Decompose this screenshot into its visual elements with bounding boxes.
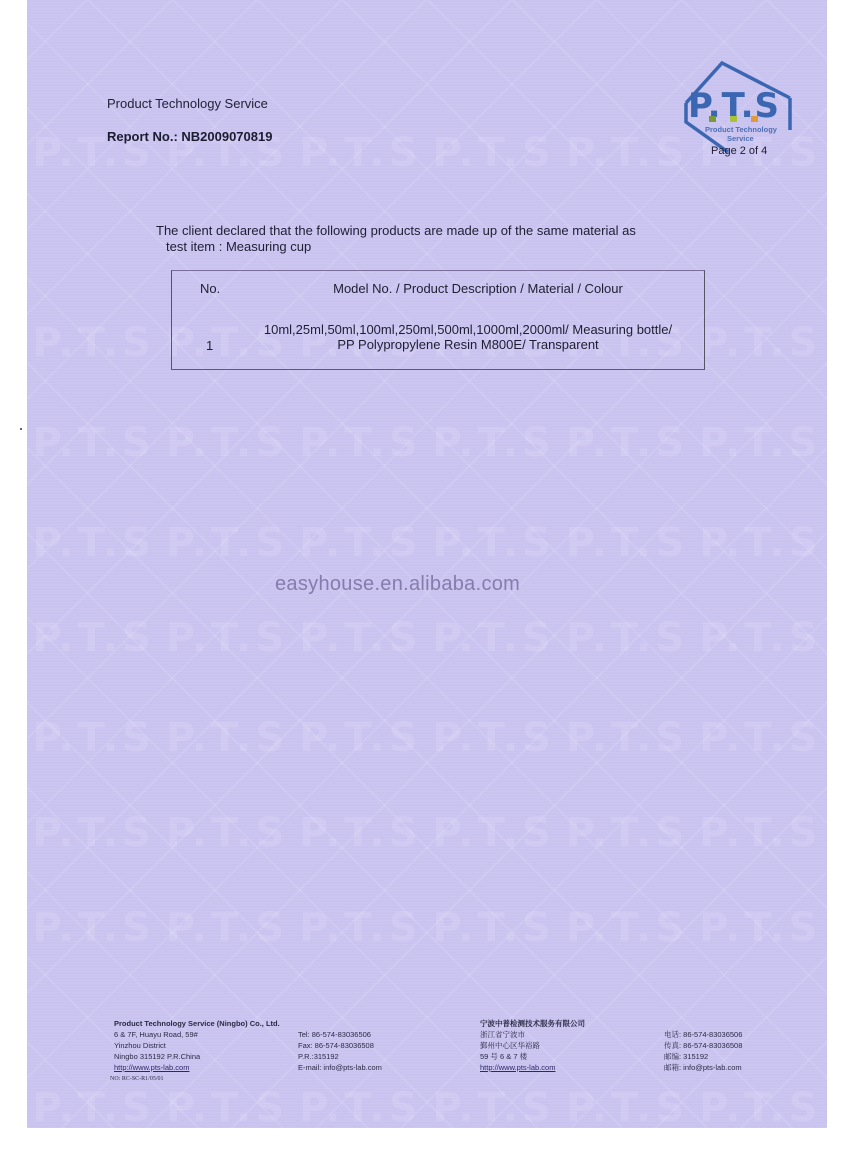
bg-mark: P.T.S	[699, 810, 821, 856]
bg-mark: P.T.S	[699, 905, 821, 951]
footer-en-contact: Tel: 86-574-83036506 Fax: 86-574-8303650…	[298, 1029, 382, 1073]
bg-mark: P.T.S	[699, 1085, 821, 1131]
footer-fax-cn: 传真: 86-574-83036508	[664, 1040, 742, 1051]
bg-mark: P.T.S	[432, 130, 554, 176]
footer-tel-cn: 电话: 86-574-83036506	[664, 1029, 742, 1040]
footer-tel: Tel: 86-574-83036506	[298, 1029, 382, 1040]
background-watermark-row: P.T.SP.T.SP.T.SP.T.SP.T.SP.T.S	[27, 615, 827, 661]
report-number: Report No.: NB2009070819	[107, 129, 272, 144]
bg-mark: P.T.S	[32, 320, 154, 366]
bg-mark: P.T.S	[166, 905, 288, 951]
background-watermark-row: P.T.SP.T.SP.T.SP.T.SP.T.SP.T.S	[27, 420, 827, 466]
bg-mark: P.T.S	[299, 905, 421, 951]
bg-mark: P.T.S	[166, 615, 288, 661]
logo-dot-orange	[751, 116, 758, 122]
bg-mark: P.T.S	[432, 615, 554, 661]
background-watermark-row: P.T.SP.T.SP.T.SP.T.SP.T.SP.T.S	[27, 1085, 827, 1131]
bg-mark: P.T.S	[166, 715, 288, 761]
footer-cn-contact: 电话: 86-574-83036506 传真: 86-574-83036508 …	[664, 1029, 742, 1073]
scan-speck	[20, 428, 22, 430]
bg-mark: P.T.S	[432, 715, 554, 761]
bg-mark: P.T.S	[432, 905, 554, 951]
bg-mark: P.T.S	[566, 130, 688, 176]
footer-address-cn: 59 号 6 & 7 楼	[480, 1051, 585, 1062]
footer-website-link-cn[interactable]: http://www.pts-lab.com	[480, 1062, 585, 1073]
bg-mark: P.T.S	[432, 810, 554, 856]
bg-mark: P.T.S	[566, 520, 688, 566]
column-header-description: Model No. / Product Description / Materi…	[172, 281, 784, 296]
bg-mark: P.T.S	[299, 420, 421, 466]
bg-mark: P.T.S	[299, 1085, 421, 1131]
bg-mark: P.T.S	[566, 715, 688, 761]
footer-email[interactable]: E-mail: info@pts-lab.com	[298, 1062, 382, 1073]
product-table: No. Model No. / Product Description / Ma…	[171, 270, 705, 370]
footer-cn-left: 宁波中普检测技术服务有限公司 浙江省宁波市 鄞州中心区华裕路 59 号 6 & …	[480, 1018, 585, 1073]
cell-description: PP Polypropylene Resin M800E/ Transparen…	[172, 337, 704, 352]
declaration-line: test item : Measuring cup	[166, 239, 311, 254]
bg-mark: P.T.S	[166, 420, 288, 466]
background-watermark-row: P.T.SP.T.SP.T.SP.T.SP.T.SP.T.S	[27, 810, 827, 856]
footer-address-cn: 鄞州中心区华裕路	[480, 1040, 585, 1051]
footer-postcode-cn: 邮编: 315192	[664, 1051, 742, 1062]
bg-mark: P.T.S	[299, 810, 421, 856]
bg-mark: P.T.S	[566, 420, 688, 466]
footer-company: Product Technology Service (Ningbo) Co.,…	[114, 1018, 280, 1029]
background-watermark-row: P.T.SP.T.SP.T.SP.T.SP.T.SP.T.S	[27, 905, 827, 951]
background-watermark-row: P.T.SP.T.SP.T.SP.T.SP.T.SP.T.S	[27, 715, 827, 761]
bg-mark: P.T.S	[166, 1085, 288, 1131]
bg-mark: P.T.S	[566, 810, 688, 856]
footer-address: Yinzhou District	[114, 1040, 280, 1051]
footer-address: 6 & 7F, Huayu Road, 59#	[114, 1029, 280, 1040]
bg-mark: P.T.S	[432, 520, 554, 566]
bg-mark: P.T.S	[32, 520, 154, 566]
cell-description: 10ml,25ml,50ml,100ml,250ml,500ml,1000ml,…	[172, 322, 704, 337]
bg-mark: P.T.S	[32, 1085, 154, 1131]
bg-mark: P.T.S	[299, 520, 421, 566]
bg-mark: P.T.S	[32, 420, 154, 466]
bg-mark: P.T.S	[432, 420, 554, 466]
bg-mark: P.T.S	[699, 320, 821, 366]
logo-dot-green	[709, 116, 716, 122]
pts-logo: P.T.S Product Technology Service	[680, 58, 800, 158]
document-page: P.T.SP.T.SP.T.SP.T.SP.T.SP.T.S P.T.SP.T.…	[27, 0, 827, 1128]
bg-mark: P.T.S	[299, 130, 421, 176]
bg-mark: P.T.S	[299, 715, 421, 761]
bg-mark: P.T.S	[32, 810, 154, 856]
bg-mark: P.T.S	[32, 715, 154, 761]
header-company-name: Product Technology Service	[107, 96, 268, 111]
bg-mark: P.T.S	[699, 420, 821, 466]
bg-mark: P.T.S	[566, 615, 688, 661]
bg-mark: P.T.S	[699, 715, 821, 761]
bg-mark: P.T.S	[566, 905, 688, 951]
bg-mark: P.T.S	[699, 615, 821, 661]
footer-company-cn: 宁波中普检测技术服务有限公司	[480, 1018, 585, 1029]
logo-subtitle: Service	[727, 134, 754, 143]
footer-address: Ningbo 315192 P.R.China	[114, 1051, 280, 1062]
footer-postcode: P.R.:315192	[298, 1051, 382, 1062]
bg-mark: P.T.S	[166, 810, 288, 856]
footer-email-cn[interactable]: 邮箱: info@pts-lab.com	[664, 1062, 742, 1073]
footer-en-left: Product Technology Service (Ningbo) Co.,…	[114, 1018, 280, 1073]
bg-mark: P.T.S	[299, 615, 421, 661]
page-indicator: Page 2 of 4	[711, 145, 767, 157]
declaration-line: The client declared that the following p…	[156, 223, 636, 238]
footer-fax: Fax: 86-574-83036508	[298, 1040, 382, 1051]
bg-mark: P.T.S	[32, 615, 154, 661]
footer-address-cn: 浙江省宁波市	[480, 1029, 585, 1040]
bg-mark: P.T.S	[566, 1085, 688, 1131]
logo-dot-lime	[730, 116, 737, 122]
bg-mark: P.T.S	[699, 520, 821, 566]
background-watermark-row: P.T.SP.T.SP.T.SP.T.SP.T.SP.T.S	[27, 520, 827, 566]
center-watermark: easyhouse.en.alibaba.com	[275, 573, 520, 596]
bg-mark: P.T.S	[432, 1085, 554, 1131]
bg-mark: P.T.S	[32, 905, 154, 951]
form-number: NO: RC-SC-R1/05/01	[110, 1076, 164, 1082]
logo-subtitle: Product Technology	[705, 125, 777, 134]
footer-website-link[interactable]: http://www.pts-lab.com	[114, 1062, 280, 1073]
bg-mark: P.T.S	[166, 520, 288, 566]
